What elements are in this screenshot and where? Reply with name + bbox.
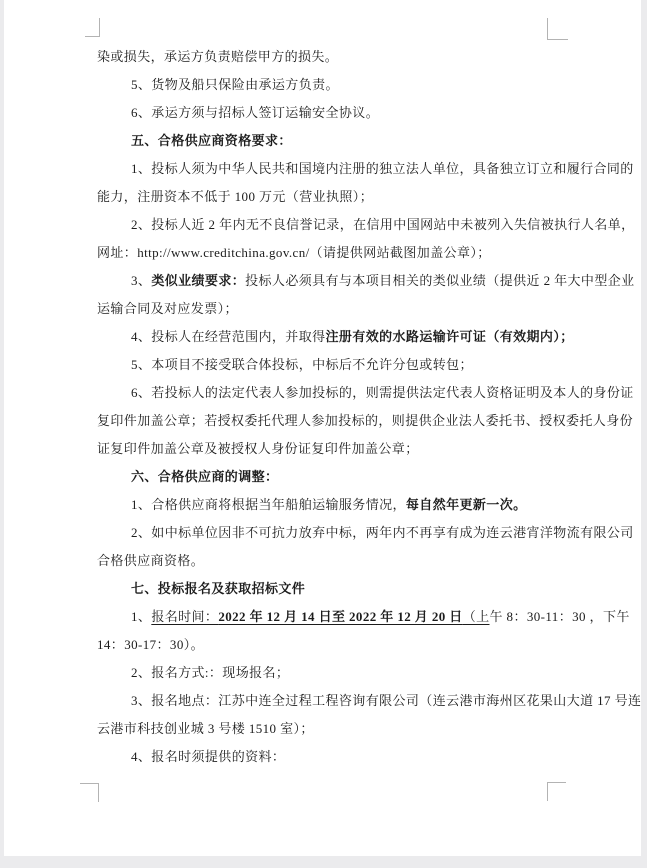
text-line: 3、类似业绩要求：投标人必须具有与本项目相关的类似业绩（提供近 2 年大中型企业	[97, 267, 571, 295]
text-segment: 能力，注册资本不低于 100 万元（营业执照）；	[97, 189, 373, 204]
text-segment: 5、货物及船只保险由承运方负责。	[131, 77, 339, 92]
text-line: 3、报名地点：江苏中连全过程工程咨询有限公司（连云港市海州区花果山大道 17 号…	[97, 687, 571, 715]
text-segment: 七、投标报名及获取招标文件	[131, 581, 305, 596]
text-segment: 类似业绩要求：	[151, 273, 245, 288]
text-line: 七、投标报名及获取招标文件	[97, 575, 571, 603]
text-line: 五、合格供应商资格要求：	[97, 127, 571, 155]
text-segment: 网址：http://www.creditchina.gov.cn/（请提供网站截…	[97, 245, 491, 260]
text-segment: 1、投标人须为中华人民共和国境内注册的独立法人单位，具备独立订立和履行合同的	[131, 161, 634, 176]
text-line: 14：30-17：30）。	[97, 631, 571, 659]
text-line: 2、如中标单位因非不可抗力放弃中标，两年内不再享有成为连云港宵洋物流有限公司	[97, 519, 571, 547]
document-page[interactable]: 染或损失，承运方负责赔偿甲方的损失。5、货物及船只保险由承运方负责。6、承运方须…	[4, 0, 641, 856]
text-line: 运输合同及对应发票）；	[97, 295, 571, 323]
text-line: 5、货物及船只保险由承运方负责。	[97, 71, 571, 99]
text-segment: 报名时间：	[151, 609, 218, 624]
text-segment: 2、投标人近 2 年内无不良信誉记录，在信用中国网站中未被列入失信被执行人名单，	[131, 217, 635, 232]
text-segment: 五、合格供应商资格要求：	[131, 133, 292, 148]
text-line: 1、合格供应商将根据当年船舶运输服务情况，每自然年更新一次。	[97, 491, 571, 519]
document-text[interactable]: 染或损失，承运方负责赔偿甲方的损失。5、货物及船只保险由承运方负责。6、承运方须…	[97, 43, 571, 771]
text-segment: 证复印件加盖公章及被授权人身份证复印件加盖公章；	[97, 441, 419, 456]
text-segment: 1、	[131, 609, 151, 624]
text-segment: 2022 年 12 月 14 日至 2022 年 12 月 20 日	[218, 609, 462, 624]
text-line: 5、本项目不接受联合体投标，中标后不允许分包或转包；	[97, 351, 571, 379]
text-segment: 投标人必须具有与本项目相关的类似业绩（提供近 2 年大中型企业	[245, 273, 634, 288]
text-boundary-mark-top-left	[85, 18, 100, 37]
text-boundary-mark-bottom-left	[80, 783, 99, 802]
text-segment: 六、合格供应商的调整：	[131, 469, 278, 484]
text-segment: 6、若投标人的法定代表人参加投标的，则需提供法定代表人资格证明及本人的身份证	[131, 385, 634, 400]
text-line: 合格供应商资格。	[97, 547, 571, 575]
text-line: 6、承运方须与招标人签订运输安全协议。	[97, 99, 571, 127]
text-line: 4、投标人在经营范围内，并取得注册有效的水路运输许可证（有效期内）；	[97, 323, 571, 351]
text-segment: 1、合格供应商将根据当年船舶运输服务情况，	[131, 497, 406, 512]
text-line: 6、若投标人的法定代表人参加投标的，则需提供法定代表人资格证明及本人的身份证	[97, 379, 571, 407]
text-segment: 复印件加盖公章；若授权委托代理人参加投标的，则提供企业法人委托书、授权委托人身份	[97, 413, 633, 428]
text-segment: （上	[463, 609, 490, 624]
text-segment: 注册有效的水路运输许可证（有效期内）；	[326, 329, 574, 344]
document-viewport: 染或损失，承运方负责赔偿甲方的损失。5、货物及船只保险由承运方负责。6、承运方须…	[0, 0, 647, 868]
text-line: 2、报名方式:：现场报名；	[97, 659, 571, 687]
text-segment: 2、如中标单位因非不可抗力放弃中标，两年内不再享有成为连云港宵洋物流有限公司	[131, 525, 634, 540]
text-line: 1、投标人须为中华人民共和国境内注册的独立法人单位，具备独立订立和履行合同的	[97, 155, 571, 183]
text-line: 2、投标人近 2 年内无不良信誉记录，在信用中国网站中未被列入失信被执行人名单，	[97, 211, 571, 239]
text-line: 云港市科技创业城 3 号楼 1510 室）；	[97, 715, 571, 743]
text-boundary-mark-top-right	[547, 18, 568, 40]
text-segment: 5、本项目不接受联合体投标，中标后不允许分包或转包；	[131, 357, 473, 372]
text-line: 4、报名时须提供的资料：	[97, 743, 571, 771]
text-line: 复印件加盖公章；若授权委托代理人参加投标的，则提供企业法人委托书、授权委托人身份	[97, 407, 571, 435]
text-segment: 合格供应商资格。	[97, 553, 204, 568]
text-line: 1、报名时间：2022 年 12 月 14 日至 2022 年 12 月 20 …	[97, 603, 571, 631]
text-line: 证复印件加盖公章及被授权人身份证复印件加盖公章；	[97, 435, 571, 463]
text-segment: 运输合同及对应发票）；	[97, 301, 238, 316]
text-segment: 云港市科技创业城 3 号楼 1510 室）；	[97, 721, 314, 736]
text-segment: 3、	[131, 273, 151, 288]
text-segment: 4、报名时须提供的资料：	[131, 749, 285, 764]
text-boundary-mark-bottom-right	[547, 782, 566, 801]
text-segment: 每自然年更新一次。	[406, 497, 527, 512]
text-segment: 2、报名方式:：现场报名；	[131, 665, 289, 680]
text-line: 六、合格供应商的调整：	[97, 463, 571, 491]
text-line: 染或损失，承运方负责赔偿甲方的损失。	[97, 43, 571, 71]
text-segment: 3、报名地点：江苏中连全过程工程咨询有限公司（连云港市海州区花果山大道 17 号…	[131, 693, 641, 708]
text-line: 网址：http://www.creditchina.gov.cn/（请提供网站截…	[97, 239, 571, 267]
text-segment: 午 8：30-11：30 ，下午	[490, 609, 630, 624]
text-segment: 14：30-17：30）。	[97, 637, 204, 652]
text-segment: 4、投标人在经营范围内，并取得	[131, 329, 326, 344]
text-segment: 染或损失，承运方负责赔偿甲方的损失。	[97, 49, 338, 64]
text-segment: 6、承运方须与招标人签订运输安全协议。	[131, 105, 379, 120]
text-line: 能力，注册资本不低于 100 万元（营业执照）；	[97, 183, 571, 211]
